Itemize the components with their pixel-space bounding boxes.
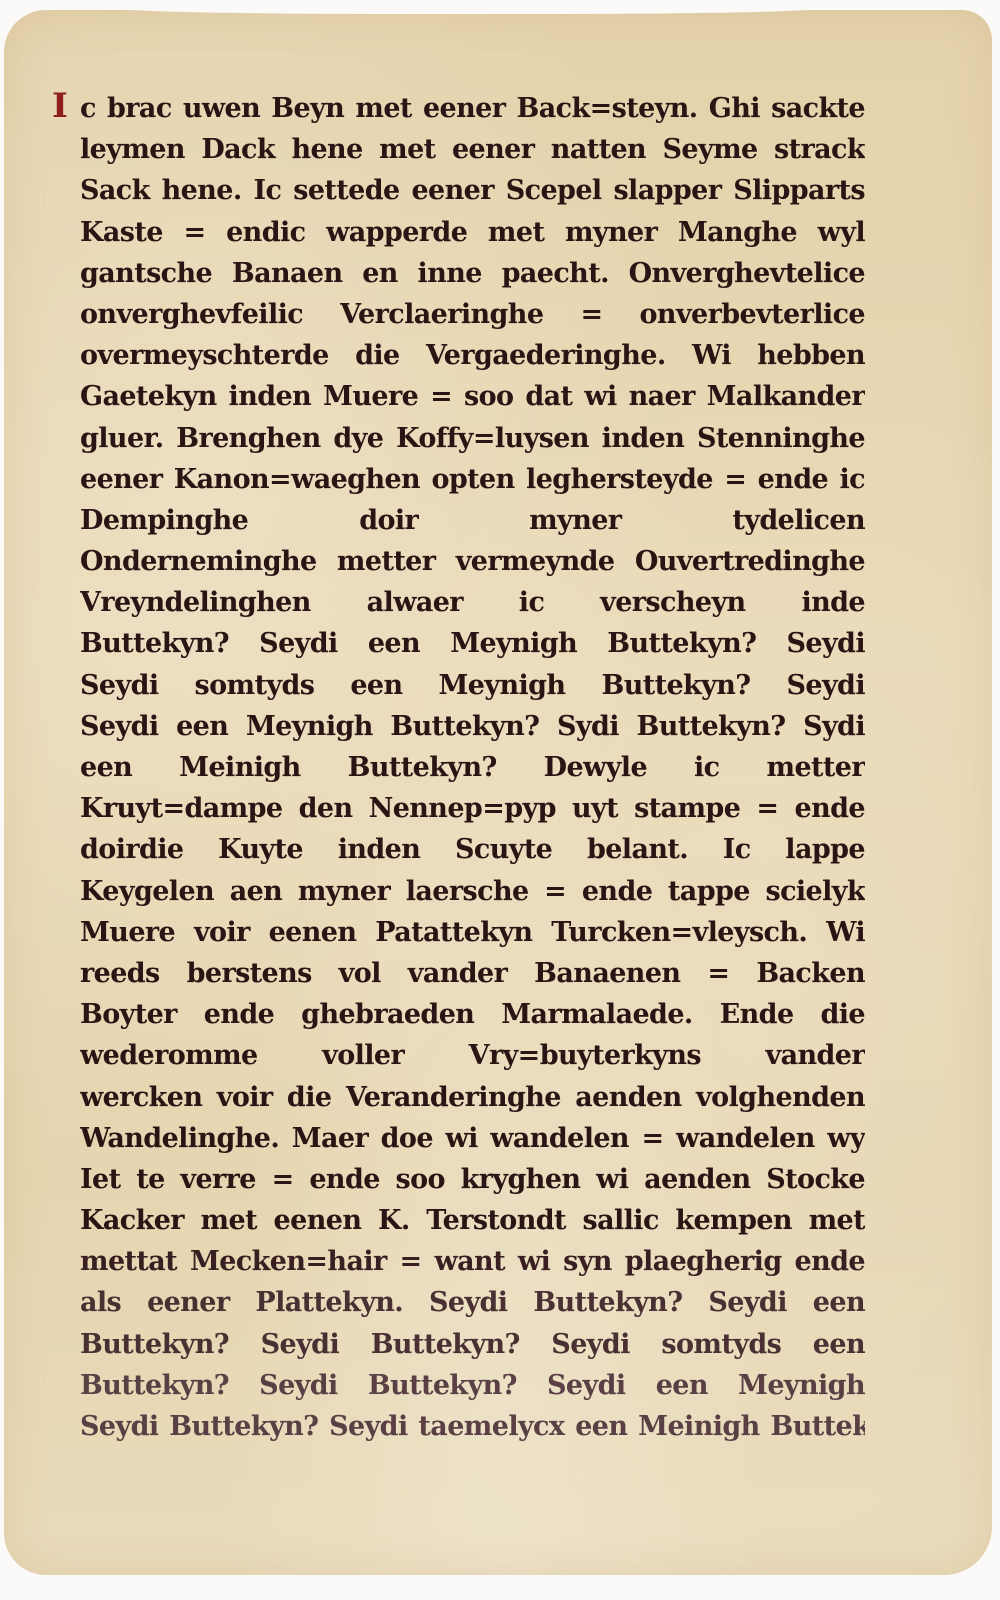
- text-line: Seydi een Meynigh Buttekyn? Sydi Butteky…: [80, 706, 865, 747]
- text-line: gluer. Brenghen dye Koffy=luysen inden S…: [80, 418, 865, 459]
- page: I c brac uwen Beyn met eener Back=steyn.…: [0, 0, 1000, 1600]
- text-line: c brac uwen Beyn met eener Back=steyn. G…: [80, 88, 865, 129]
- text-line: gantsche Banaen en inne paecht. Onverghe…: [80, 253, 865, 294]
- text-line: onverghevfeilic Verclaeringhe = onverbev…: [80, 294, 865, 335]
- text-line: Muere voir eenen Patattekyn Turcken=vley…: [80, 912, 865, 953]
- text-line: mettat Mecken=hair = want wi syn plaeghe…: [80, 1241, 865, 1282]
- text-line: Kaste = endic wapperde met myner Manghe …: [80, 212, 865, 253]
- text-line: Buttekyn? Seydi Buttekyn? Seydi een Meyn…: [80, 1365, 865, 1406]
- text-line: Dempinghe doir myner tydelicen Kennissch…: [80, 500, 865, 541]
- text-line: Gaetekyn inden Muere = soo dat wi naer M…: [80, 376, 865, 417]
- text-line: Sack hene. Ic settede eener Scepel slapp…: [80, 170, 865, 211]
- text-line: Kacker met eenen K. Terstondt sallic kem…: [80, 1200, 865, 1241]
- text-line: Onderneminghe metter vermeynde Ouvertred…: [80, 541, 865, 582]
- text-line: Iet te verre = ende soo kryghen wi aende…: [80, 1159, 865, 1200]
- text-line: leymen Dack hene met eener natten Seyme …: [80, 129, 865, 170]
- text-line: Wandelinghe. Maer doe wi wandelen = wand…: [80, 1118, 865, 1159]
- text-line: eener Kanon=waeghen opten leghersteyde =…: [80, 459, 865, 500]
- text-line: Vreyndelinghen alwaer ic verscheyn inde …: [80, 582, 865, 623]
- text-line: reeds berstens vol vander Banaenen = Bac…: [80, 953, 865, 994]
- text-line: als eener Plattekyn. Seydi Buttekyn? Sey…: [80, 1282, 865, 1323]
- text-line: Kruyt=dampe den Nennep=pyp uyt stampe = …: [80, 788, 865, 829]
- drop-cap: I: [52, 86, 68, 126]
- text-line: Seydi somtyds een Meynigh Buttekyn? Seyd…: [80, 665, 865, 706]
- blackletter-text-block: c brac uwen Beyn met eener Back=steyn. G…: [80, 88, 865, 1447]
- text-line: een Meinigh Buttekyn? Dewyle ic metter K…: [80, 747, 865, 788]
- text-line: Boyter ende ghebraeden Marmalaede. Ende …: [80, 994, 865, 1035]
- text-line: Buttekyn? Seydi Buttekyn? Seydi somtyds …: [80, 1324, 865, 1365]
- torn-edge: [120, 0, 820, 14]
- text-line: wercken voir die Veranderinghe aenden vo…: [80, 1077, 865, 1118]
- text-line: overmeyschterde die Vergaederinghe. Wi h…: [80, 335, 865, 376]
- text-line: doirdie Kuyte inden Scuyte belant. Ic la…: [80, 829, 865, 870]
- text-line: Keygelen aen myner laersche = ende tappe…: [80, 871, 865, 912]
- text-line: Buttekyn? Seydi een Meynigh Buttekyn? Se…: [80, 623, 865, 664]
- text-line: Seydi Buttekyn? Seydi taemelycx een Mein…: [80, 1406, 865, 1447]
- text-line: wederomme voller Vry=buyterkyns vander B…: [80, 1035, 865, 1076]
